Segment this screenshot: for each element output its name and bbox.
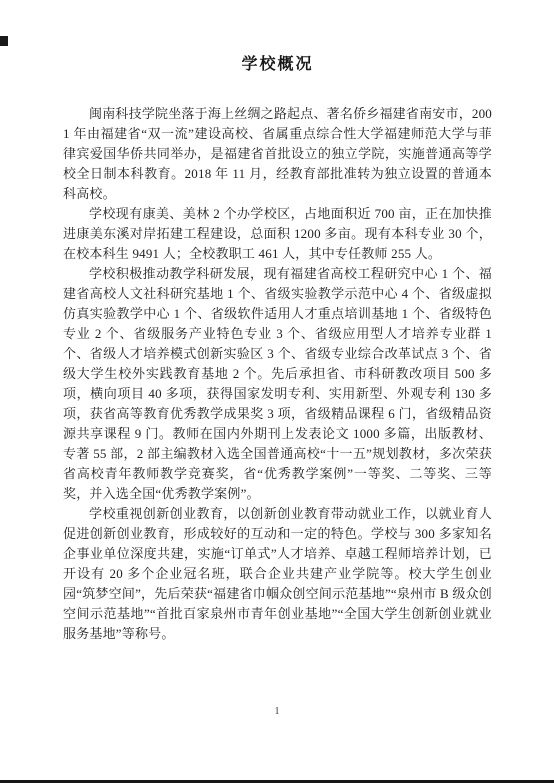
paragraph-campus: 学校现有康美、美林 2 个办学校区，占地面积近 700 亩，正在加快推进康美东溪… — [63, 204, 492, 264]
document-page: 学校概况 闽南科技学院坐落于海上丝绸之路起点、著名侨乡福建省南安市，2001 年… — [0, 0, 554, 783]
scan-artifact-mark — [0, 36, 8, 46]
document-content: 学校概况 闽南科技学院坐落于海上丝绸之路起点、著名侨乡福建省南安市，2001 年… — [63, 54, 492, 644]
paragraph-research: 学校积极推动教学科研发展，现有福建省高校工程研究中心 1 个、福建省高校人文社科… — [63, 264, 492, 504]
paragraph-overview: 闽南科技学院坐落于海上丝绸之路起点、著名侨乡福建省南安市，2001 年由福建省“… — [63, 104, 492, 204]
page-number: 1 — [0, 706, 554, 717]
page-title: 学校概况 — [63, 54, 492, 76]
paragraph-innovation: 学校重视创新创业教育，以创新创业教育带动就业工作，以就业育人促进创新创业教育，形… — [63, 504, 492, 644]
